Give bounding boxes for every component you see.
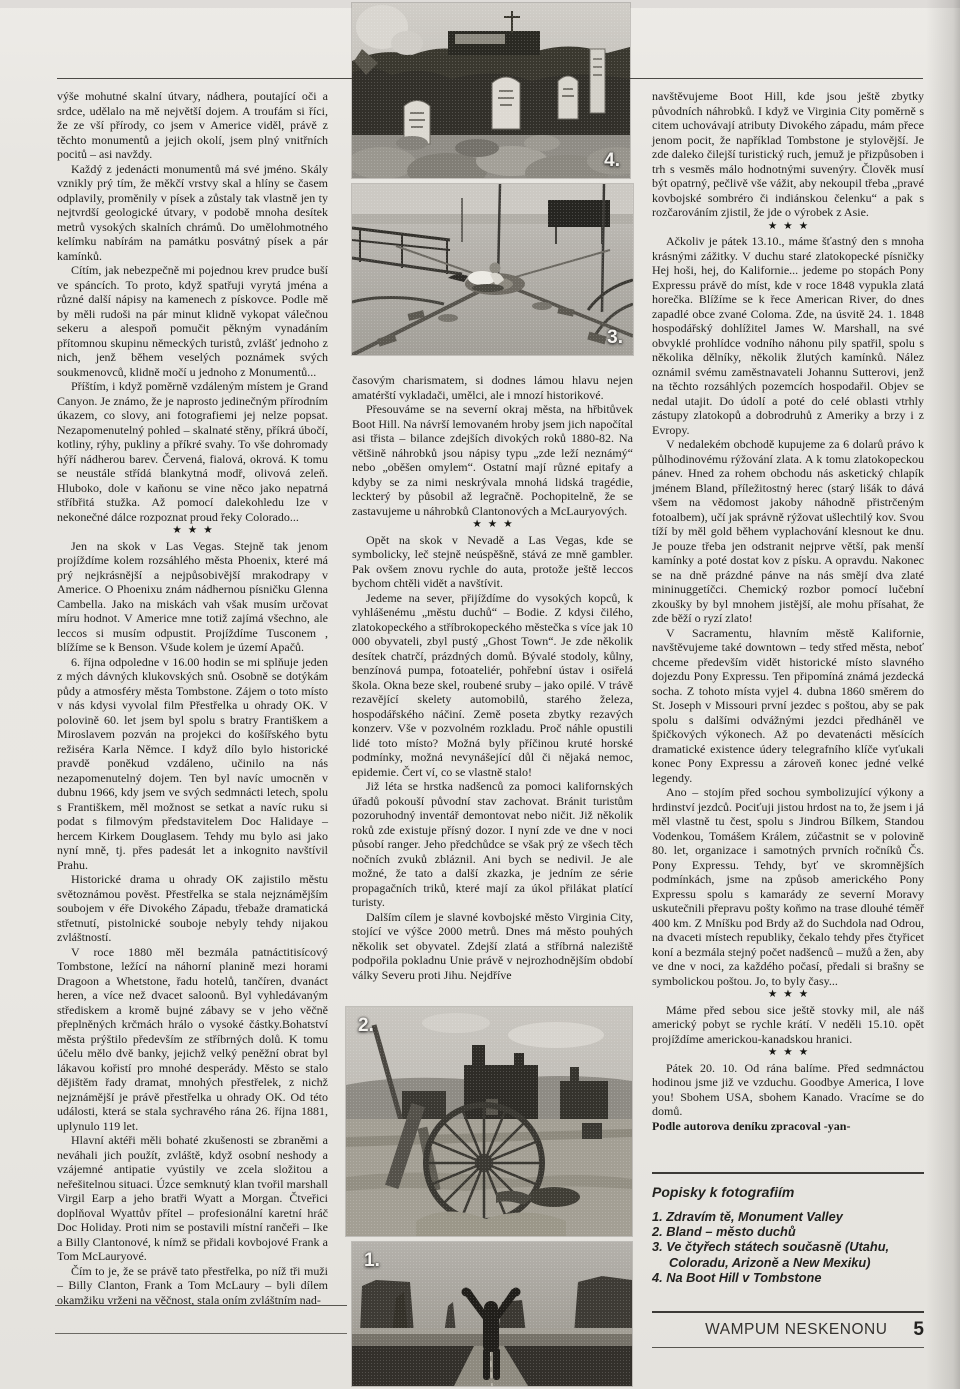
photo-number-label: 4.: [604, 150, 620, 172]
paragraph: Dalším cílem je slavné kovbojské město V…: [352, 910, 633, 983]
paragraph: Jen na skok v Las Vegas. Stejně tak jeno…: [57, 539, 328, 655]
footer-rule: [652, 1347, 924, 1348]
right-column: navštěvujeme Boot Hill, kde jsou ještě z…: [652, 89, 924, 1133]
photo-number-label: 1.: [364, 1250, 380, 1272]
byline: Podle autorova deníku zpracoval -yan-: [652, 1119, 924, 1134]
paragraph: časovým charismatem, si dodnes lámou hla…: [352, 373, 633, 402]
paragraph: Příštím, i když poměrně vzdáleným místem…: [57, 379, 328, 524]
left-column: výše mohutné skalní útvary, nádhera, pou…: [57, 89, 328, 1307]
paragraph: V Sacramentu, hlavním městě Kalifornie, …: [652, 626, 924, 786]
photo-four-corners: 3.: [352, 184, 633, 355]
photo-boot-hill-illustration: [352, 3, 630, 178]
photo-ghost-town-wheel: 2.: [346, 1007, 632, 1236]
paragraph: 6. října odpoledne v 16.00 hodin se mi s…: [57, 655, 328, 873]
section-separator-stars: ★★★: [57, 524, 328, 539]
middle-column: časovým charismatem, si dodnes lámou hla…: [352, 373, 633, 982]
paragraph: Ano – stojím před sochou symbolizující v…: [652, 785, 924, 988]
paragraph: Čím to je, že se právě tato přestřelka, …: [57, 1264, 328, 1308]
section-separator-stars: ★★★: [652, 1046, 924, 1061]
magazine-title: WAMPUM NESKENONU: [705, 1321, 887, 1339]
paragraph: Cítím, jak nebezpečně mi pojednou krev p…: [57, 263, 328, 379]
caption-item: 1. Zdravím tě, Monument Valley: [652, 1209, 924, 1224]
section-separator-stars: ★★★: [652, 988, 924, 1003]
paragraph: Přesouváme se na severní okraj města, na…: [352, 402, 633, 518]
paragraph: výše mohutné skalní útvary, nádhera, pou…: [57, 89, 328, 162]
paragraph: V roce 1880 měl bezmála patnáctitisícový…: [57, 945, 328, 1134]
photo-captions-block: Popisky k fotografiím 1. Zdravím tě, Mon…: [652, 1184, 924, 1285]
photo-number-label: 3.: [607, 327, 623, 349]
photo-monument-valley: 1.: [352, 1242, 632, 1386]
caption-item: 3. Ve čtyřech státech současně (Utahu, C…: [652, 1239, 924, 1269]
photo-monument-valley-illustration: [352, 1242, 632, 1386]
paragraph: Již léta se hrstka nadšenců za pomoci ka…: [352, 779, 633, 910]
photo-four-corners-illustration: [352, 184, 633, 355]
paragraph: Jedeme na sever, přijíždíme do vysokých …: [352, 591, 633, 780]
paragraph: Máme před sebou sice ještě stovky mil, a…: [652, 1003, 924, 1047]
paragraph: navštěvujeme Boot Hill, kde jsou ještě z…: [652, 89, 924, 220]
paragraph: Historické drama u ohrady OK zajistilo m…: [57, 872, 328, 945]
scan-shadow-right-edge: [926, 0, 960, 1389]
footer-rule: [55, 1333, 347, 1334]
magazine-page-scan: { "ornaments": { "stars": "★★★" }, "colu…: [0, 0, 960, 1389]
section-separator-stars: ★★★: [652, 220, 924, 235]
paragraph: V nedalekém obchodě kupujeme za 6 dolarů…: [652, 437, 924, 626]
page-footer: WAMPUM NESKENONU 5: [652, 1315, 924, 1345]
page-number: 5: [913, 1319, 924, 1341]
paragraph: Opět na skok v Nevadě a Las Vegas, kde s…: [352, 533, 633, 591]
photo-ghost-town-illustration: [346, 1007, 632, 1236]
photo-number-label: 2.: [358, 1015, 374, 1037]
footer-rule: [652, 1311, 924, 1313]
caption-item: 4. Na Boot Hill v Tombstone: [652, 1270, 924, 1285]
paragraph: Pátek 20. 10. Od rána balíme. Před sedmn…: [652, 1061, 924, 1119]
paragraph: Hlavní aktéři měli bohaté zkušenosti se …: [57, 1133, 328, 1264]
captions-divider-rule: [652, 1172, 924, 1174]
photo-boot-hill-tombstone: 4.: [352, 3, 630, 178]
paragraph: Každý z jedenácti monumentů má své jméno…: [57, 162, 328, 264]
caption-item: 2. Bland – město duchů: [652, 1224, 924, 1239]
footer-rule: [55, 1305, 347, 1306]
section-separator-stars: ★★★: [352, 518, 633, 533]
captions-title: Popisky k fotografiím: [652, 1184, 924, 1200]
paragraph: Ačkoliv je pátek 13.10., máme šťastný de…: [652, 234, 924, 437]
